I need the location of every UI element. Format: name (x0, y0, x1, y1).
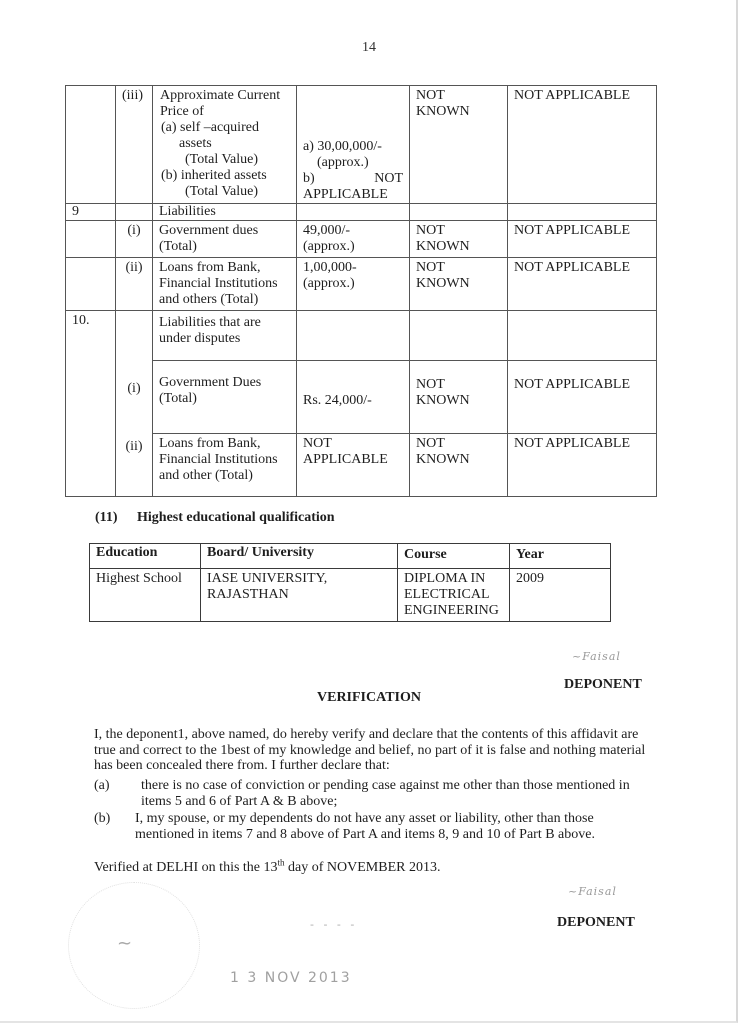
table-row: (iii) Approximate Current Price of (a) s… (66, 86, 657, 204)
page-number: 14 (0, 40, 738, 56)
table-row: 10. (i) (ii) Liabilities that are under … (66, 311, 657, 361)
stamp-date: 1 3 NOV 2013 (230, 970, 352, 986)
sub-number-cell (116, 204, 153, 221)
dependent-value-cell: NOT APPLICABLE (508, 434, 657, 497)
section-title-cell: Liabilities (153, 204, 297, 221)
header-education: Education (90, 544, 201, 569)
education-table: Education Board/ University Course Year … (89, 543, 611, 622)
description-cell: Government dues (Total) (153, 221, 297, 258)
dependent-value-cell: NOT APPLICABLE (508, 361, 657, 434)
dependent-value-cell: NOT APPLICABLE (508, 258, 657, 311)
sub-number-cell: (i) (116, 221, 153, 258)
table-row: 9 Liabilities (66, 204, 657, 221)
notary-signature-scribble: ~ (117, 933, 132, 954)
value-cell: NOT APPLICABLE (297, 434, 410, 497)
row-number-cell (66, 221, 116, 258)
verified-at-line: Verified at DELHI on this the 13th day o… (94, 860, 440, 876)
spouse-value-cell: NOT KNOWN (410, 361, 508, 434)
notary-seal-stamp: ~ (68, 882, 200, 1009)
table-row: (ii) Loans from Bank, Financial Institut… (66, 258, 657, 311)
description-cell: Approximate Current Price of (a) self –a… (153, 86, 297, 204)
deponent-label-bottom: DEPONENT (557, 915, 635, 931)
spouse-value-cell: NOT KNOWN (410, 258, 508, 311)
year-cell: 2009 (510, 569, 611, 622)
header-year: Year (510, 544, 611, 569)
spouse-value-cell: NOT KNOWN (410, 221, 508, 258)
verification-title: VERIFICATION (0, 690, 738, 706)
row-number-cell: 10. (66, 311, 116, 497)
table-row: (i) Government dues (Total) 49,000/- (ap… (66, 221, 657, 258)
table-row: Government Dues (Total) Rs. 24,000/- NOT… (66, 361, 657, 434)
description-cell: Government Dues (Total) (153, 361, 297, 434)
header-board: Board/ University (201, 544, 398, 569)
table-row: Highest School IASE UNIVERSITY, RAJASTHA… (90, 569, 611, 622)
description-cell: Loans from Bank, Financial Institutions … (153, 258, 297, 311)
stamp-mark: - - - - (310, 918, 357, 931)
deponent-signature-bottom: ~Faisal (568, 885, 617, 898)
value-cell: 49,000/- (approx.) (297, 221, 410, 258)
sub-number-cell: (iii) (116, 86, 153, 204)
section-title-cell: Liabilities that are under disputes (153, 311, 297, 361)
row-number-cell (66, 258, 116, 311)
sub-number-cell: (ii) (116, 258, 153, 311)
assets-liabilities-table: (iii) Approximate Current Price of (a) s… (65, 85, 657, 497)
row-number-cell (66, 86, 116, 204)
verification-intro: I, the deponent1, above named, do hereby… (94, 727, 654, 774)
dependent-value-cell: NOT APPLICABLE (508, 86, 657, 204)
table-row: Loans from Bank, Financial Institutions … (66, 434, 657, 497)
value-cell: a) 30,00,000/- (approx.) b)NOT APPLICABL… (297, 86, 410, 204)
table-header-row: Education Board/ University Course Year (90, 544, 611, 569)
course-cell: DIPLOMA IN ELECTRICAL ENGINEERING (398, 569, 510, 622)
row-number-cell: 9 (66, 204, 116, 221)
spouse-value-cell: NOT KNOWN (410, 86, 508, 204)
dependent-value-cell: NOT APPLICABLE (508, 221, 657, 258)
board-cell: IASE UNIVERSITY, RAJASTHAN (201, 569, 398, 622)
header-course: Course (398, 544, 510, 569)
sub-number-cell: (i) (ii) (116, 311, 153, 497)
education-cell: Highest School (90, 569, 201, 622)
value-cell: 1,00,000- (approx.) (297, 258, 410, 311)
value-cell: Rs. 24,000/- (297, 361, 410, 434)
spouse-value-cell: NOT KNOWN (410, 434, 508, 497)
deponent-signature: ~Faisal (572, 650, 621, 663)
education-section-heading: (11)Highest educational qualification (95, 510, 335, 526)
description-cell: Loans from Bank, Financial Institutions … (153, 434, 297, 497)
